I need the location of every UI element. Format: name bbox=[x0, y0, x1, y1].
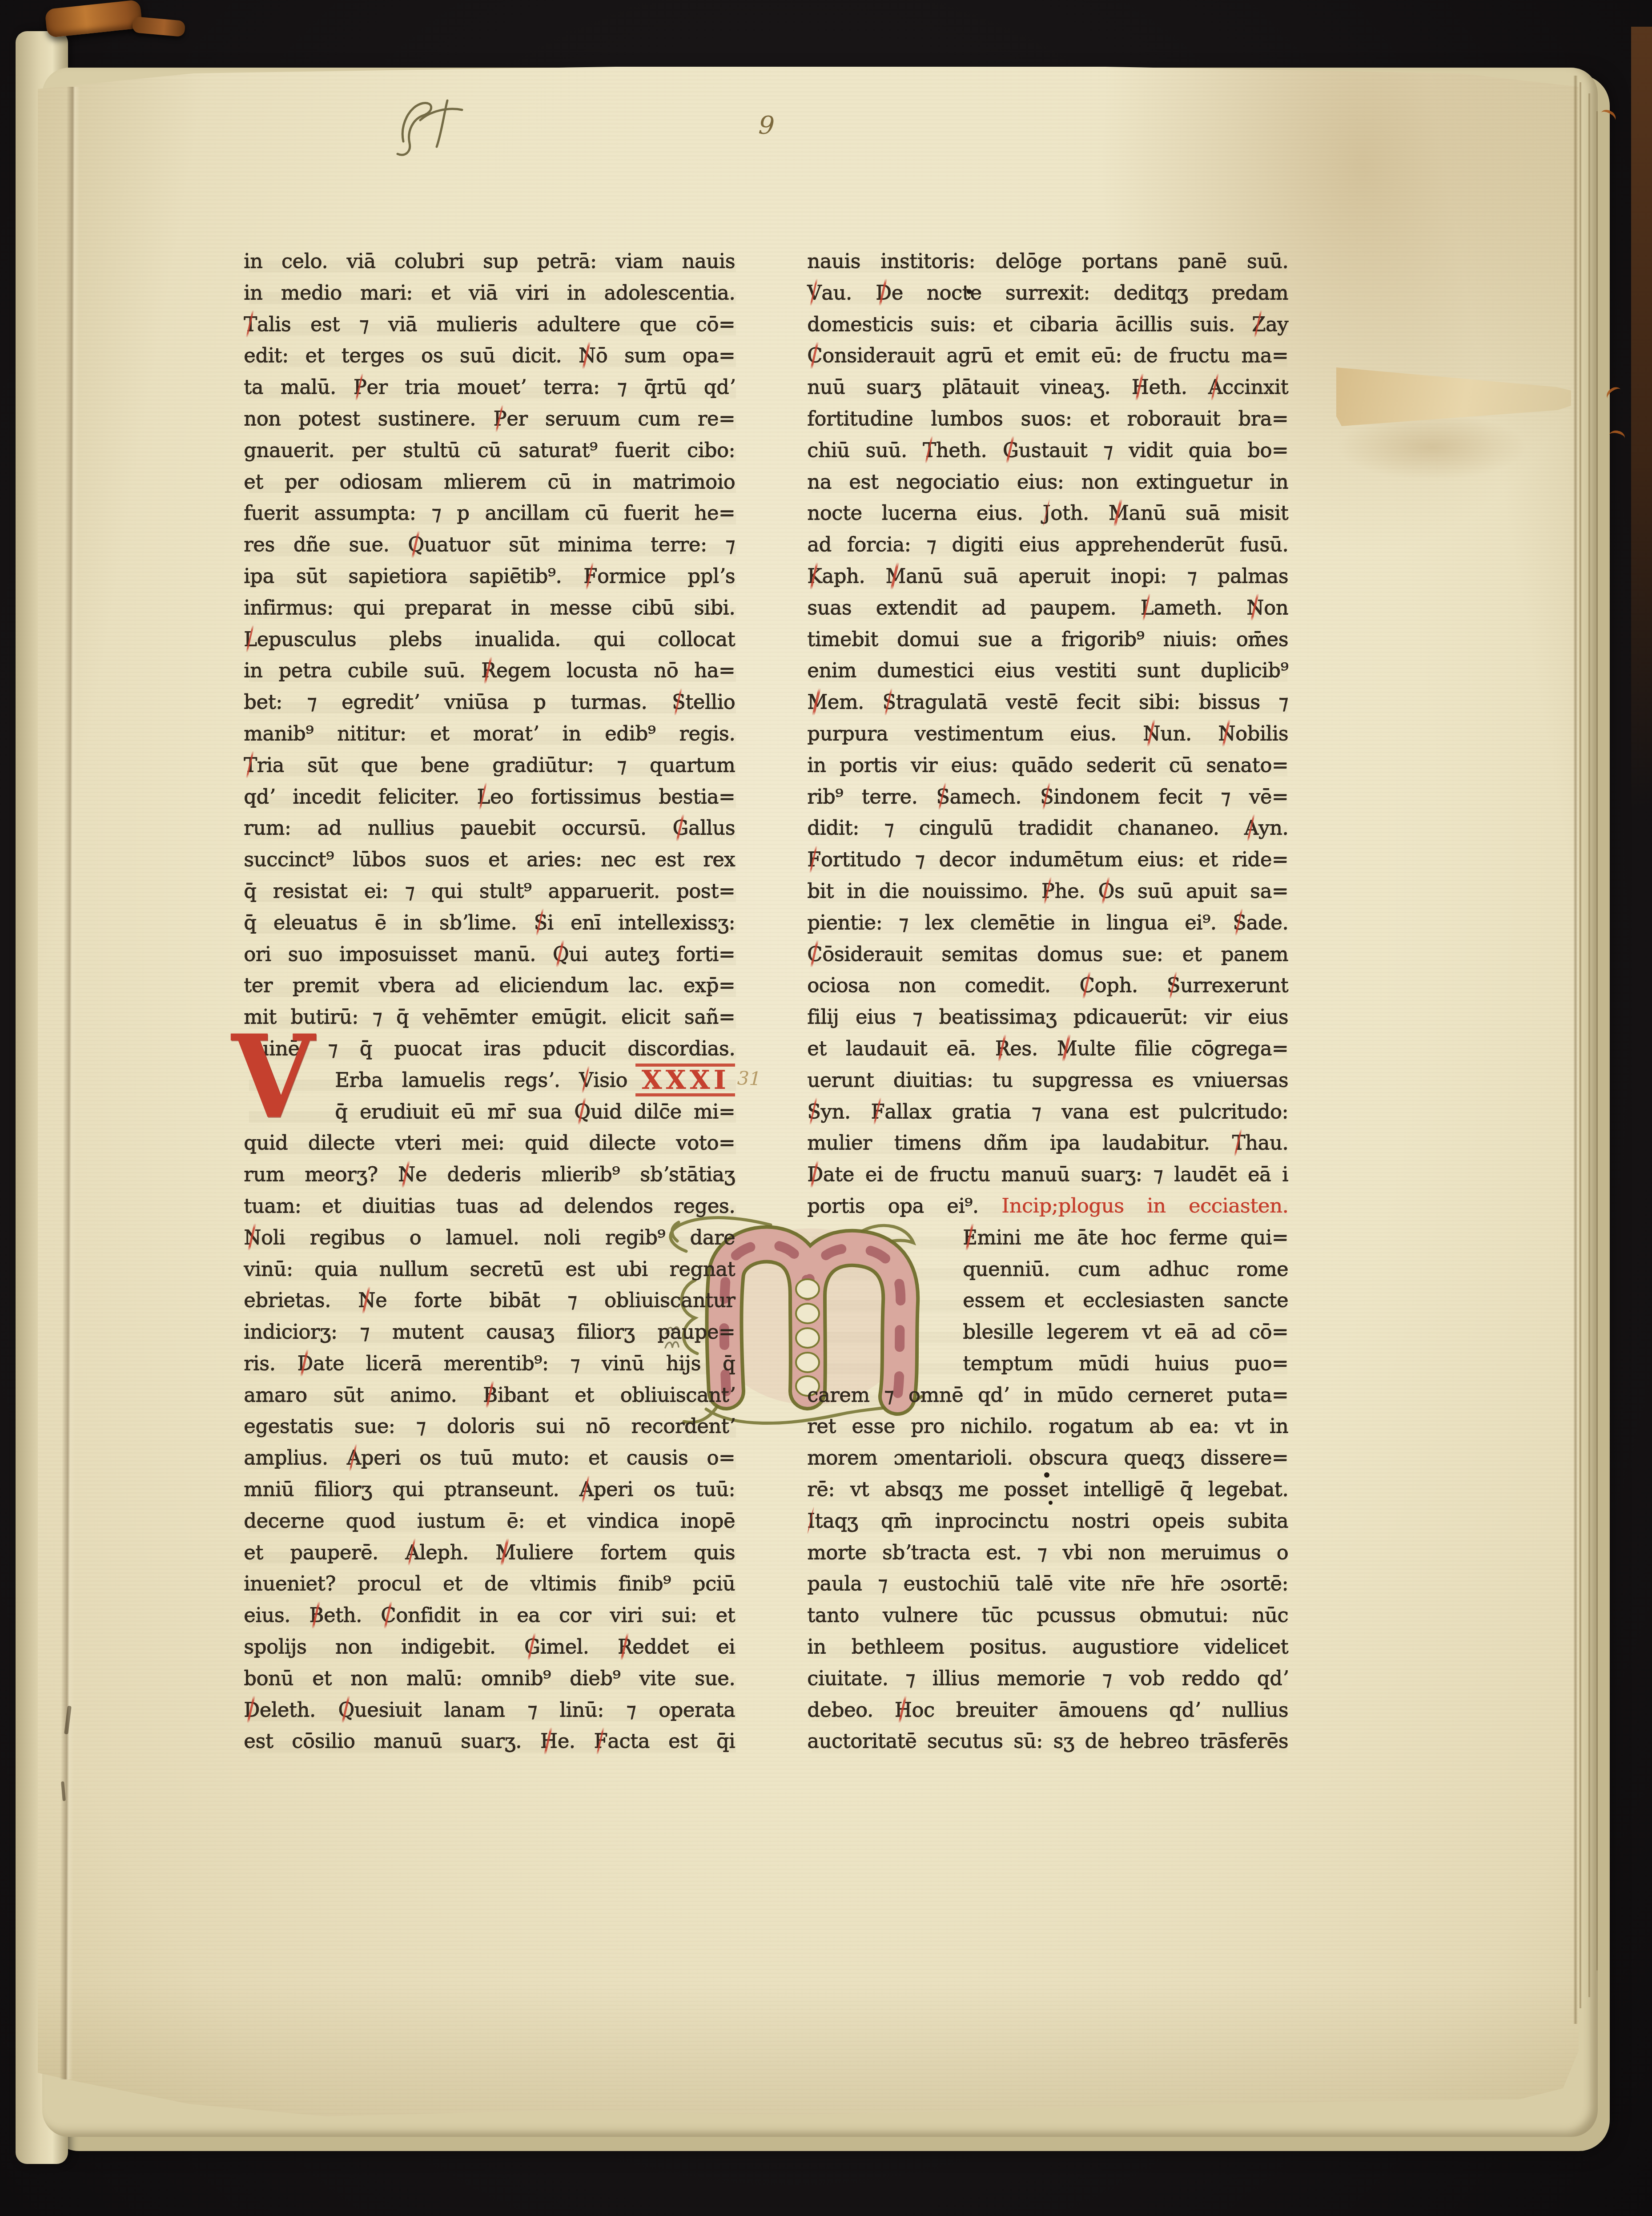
text-line: Emini me āte hoc ferme qui= bbox=[807, 1222, 1288, 1253]
text-line: ret esse pro nichilo. rogatum ab ea: vt … bbox=[807, 1410, 1288, 1442]
binding-cover-edge bbox=[1631, 27, 1652, 810]
text-line: essem et ecclesiasten sancte bbox=[807, 1285, 1288, 1316]
rubricated-capital: S bbox=[672, 686, 685, 718]
manuscript-photo: 9 31 bbox=[0, 0, 1652, 2216]
rubricated-capital: L bbox=[477, 781, 490, 813]
rubricated-capital: G bbox=[1003, 435, 1018, 466]
text-line: fortitudine lumbos suos: et roborauit br… bbox=[807, 403, 1288, 435]
line-text: timebit domui sue a frigorib⁹ niuis: om̄… bbox=[807, 624, 1288, 655]
line-text: Kaph. Manū suā aperuit inopi: ⁊ palmas bbox=[807, 560, 1288, 592]
rubricated-capital: N bbox=[398, 1159, 415, 1190]
rubricated-capital: Q bbox=[338, 1694, 354, 1726]
text-line: morem ɔmentarioli. obscura queqʒ dissere… bbox=[807, 1442, 1288, 1474]
rubricated-capital: S bbox=[882, 686, 896, 718]
handwritten-inscription bbox=[380, 93, 476, 162]
line-text: in petra cubile suū. Regem locusta nō ha… bbox=[244, 655, 735, 686]
line-text: bonū et non malū: omnib⁹ dieb⁹ vite sue. bbox=[244, 1663, 735, 1694]
line-text: Syn. Fallax gratia ⁊ vana est pulcritudo… bbox=[807, 1096, 1288, 1128]
text-line: bet: ⁊ egreditʼ vniūsa p turmas. Stellio bbox=[244, 686, 735, 718]
rubricated-capital: S bbox=[1040, 781, 1053, 813]
line-text: rib⁹ terre. Samech. Sindonem fecit ⁊ vē= bbox=[807, 781, 1288, 813]
text-line: paula ⁊ eustochiū talē vite nr̄e hr̄e ɔs… bbox=[807, 1568, 1288, 1600]
text-line: auctoritatē secutus sū: sʒ de hebreo trā… bbox=[807, 1725, 1288, 1757]
rubricated-capital: P bbox=[493, 403, 506, 435]
line-text: et per odiosam mlierem cū in matrimoio bbox=[244, 466, 735, 498]
text-line: qdʼ incedit feliciter. Leo fortissimus b… bbox=[244, 781, 735, 813]
initial-m-letter: M bbox=[0, 0, 0, 0]
text-line: Lepusculus plebs inualida. qui collocat bbox=[244, 624, 735, 655]
rubricated-capital: T bbox=[244, 749, 257, 781]
line-text: et laudauit eā. Res. Multe filie cōgrega… bbox=[807, 1033, 1288, 1064]
line-text: non potest sustinere. Per seruum cum re= bbox=[244, 403, 735, 435]
rubricated-capital: C bbox=[381, 1600, 396, 1631]
text-line: in portis vir eius: quādo sederit cū sen… bbox=[807, 749, 1288, 781]
text-line: indiciorʒ: ⁊ mutent causaʒ filiorʒ paupe… bbox=[244, 1316, 735, 1348]
text-line: spolijs non indigebit. Gimel. Reddet ei bbox=[244, 1631, 735, 1663]
text-line: tuam: et diuitias tuas ad delendos reges… bbox=[244, 1190, 735, 1222]
line-text: ociosa non comedit. Coph. Surrexerunt bbox=[807, 970, 1288, 1001]
line-text: succinct⁹ lūbos suos et aries: nec est r… bbox=[244, 844, 735, 875]
line-text: Talis est ⁊ viā mulieris adultere que cō… bbox=[244, 309, 735, 340]
line-text: manib⁹ nititur: et moratʼ in edib⁹ regis… bbox=[244, 718, 735, 749]
line-text: filij eius ⁊ beatissimaʒ pdicauerūt: vir… bbox=[807, 1001, 1288, 1033]
rubricated-capital: S bbox=[807, 1096, 820, 1128]
text-line: debeo. Hoc breuiter āmouens qdʼ nullius bbox=[807, 1694, 1288, 1726]
rubricated-capital: M bbox=[495, 1537, 516, 1568]
line-text: res dñe sue. Quatuor sūt minima terre: ⁊ bbox=[244, 529, 735, 560]
red-incipit: Incip;plogus in ecciasten. bbox=[1001, 1194, 1288, 1217]
rubricated-capital: N bbox=[1143, 718, 1160, 749]
text-line: Cōsiderauit semitas domus sue: et panem bbox=[807, 939, 1288, 970]
line-text: Date ei de fructu manuū suarʒ: ⁊ laudēt … bbox=[807, 1159, 1288, 1190]
line-text: Cōsiderauit semitas domus sue: et panem bbox=[807, 939, 1288, 970]
line-text: tanto vulnere tūc pcussus obmutui: nūc bbox=[807, 1600, 1288, 1631]
rubricated-capital: A bbox=[347, 1442, 361, 1474]
text-line: fuerit assumpta: ⁊ p ancillam cū fuerit … bbox=[244, 497, 735, 529]
text-line: Considerauit agrū et emit eū: de fructu … bbox=[807, 340, 1288, 371]
rubricated-capital: Q bbox=[574, 1096, 590, 1128]
rubricated-capital: S bbox=[534, 907, 547, 939]
text-line: nocte lucerna eius. Joth. Manū suā misit bbox=[807, 497, 1288, 529]
line-text: Considerauit agrū et emit eū: de fructu … bbox=[807, 340, 1288, 371]
text-line: Talis est ⁊ viā mulieris adultere que cō… bbox=[244, 309, 735, 340]
text-line: in bethleem positus. augustiore videlice… bbox=[807, 1631, 1288, 1663]
line-text: blesille legerem vt eā ad cō= bbox=[963, 1316, 1288, 1348]
rubricated-capital: C bbox=[807, 939, 822, 970]
line-text: indiciorʒ: ⁊ mutent causaʒ filiorʒ paupe… bbox=[244, 1316, 735, 1348]
rubricated-capital: D bbox=[876, 277, 892, 309]
line-text: ter premit vbera ad eliciendum lac. exp̄… bbox=[244, 970, 735, 1001]
rubricated-capital: S bbox=[1166, 970, 1180, 1001]
rubricated-capital: T bbox=[1232, 1127, 1245, 1159]
rubricated-capital: M bbox=[885, 560, 906, 592]
leather-curl bbox=[1608, 429, 1626, 445]
rubricated-capital: T bbox=[244, 309, 257, 340]
rubricated-capital: Q bbox=[408, 529, 424, 560]
text-line: mulier timens dñm ipa laudabitur. Thau. bbox=[807, 1127, 1288, 1159]
line-text: paula ⁊ eustochiū talē vite nr̄e hr̄e ɔs… bbox=[807, 1568, 1288, 1600]
line-text: rē: vt absqʒ me posset intelligē q̄ lege… bbox=[807, 1474, 1288, 1505]
text-line: amplius. Aperi os tuū muto: et causis o= bbox=[244, 1442, 735, 1474]
rubricated-capital: G bbox=[524, 1631, 540, 1663]
rubricated-capital: A bbox=[405, 1537, 419, 1568]
rubricated-capital: E bbox=[963, 1222, 977, 1253]
line-text: purpura vestimentum eius. Nun. Nobilis bbox=[807, 718, 1288, 749]
text-line: Deleth. Quesiuit lanam ⁊ linū: ⁊ operata bbox=[244, 1694, 735, 1726]
text-line: uerunt diuitias: tu supgressa es vniuers… bbox=[807, 1064, 1288, 1096]
line-text: in bethleem positus. augustiore videlice… bbox=[807, 1631, 1288, 1663]
line-text: eius. Beth. Confidit in ea cor viri sui:… bbox=[244, 1600, 735, 1631]
text-line: Date ei de fructu manuū suarʒ: ⁊ laudēt … bbox=[807, 1159, 1288, 1190]
text-line: eius. Beth. Confidit in ea cor viri sui:… bbox=[244, 1600, 735, 1631]
text-line: in medio mari: et viā viri in adolescent… bbox=[244, 277, 735, 309]
rubricated-capital: H bbox=[540, 1725, 558, 1757]
line-text: Mem. Stragulatā vestē fecit sibi: bissus… bbox=[807, 686, 1288, 718]
leather-headband-fragment bbox=[44, 0, 143, 38]
text-line: edit: et terges os suū dicit. Nō sum opa… bbox=[244, 340, 735, 371]
rubricated-capital: I bbox=[807, 1505, 815, 1537]
rubricated-capital: V bbox=[807, 277, 821, 309]
rubricated-capital: M bbox=[1109, 497, 1129, 529]
line-text: domesticis suis: et cibaria ācillis suis… bbox=[807, 309, 1288, 340]
rubricated-capital: J bbox=[1043, 497, 1051, 529]
rubricated-capital: H bbox=[1132, 371, 1149, 403]
line-text: chiū suū. Theth. Gustauit ⁊ vidit quia b… bbox=[807, 435, 1288, 466]
line-text: infirmus: qui preparat in messe cibū sib… bbox=[244, 592, 735, 624]
line-text: q̄ resistat ei: ⁊ qui stult⁹ apparuerit.… bbox=[244, 875, 735, 907]
line-text: enim dumestici eius vestiti sunt duplici… bbox=[807, 655, 1288, 686]
rubricated-capital: P bbox=[353, 371, 366, 403]
rubricated-capital: Q bbox=[553, 939, 569, 970]
line-text: spolijs non indigebit. Gimel. Reddet ei bbox=[244, 1631, 735, 1663]
rubricated-capital: V bbox=[579, 1064, 593, 1096]
text-line: Tria sūt que bene gradiūtur: ⁊ quartum bbox=[244, 749, 735, 781]
text-line: est cōsilio manuū suarʒ. He. Facta est q… bbox=[244, 1725, 735, 1757]
line-text: carem ⁊ omnē qdʼ in mūdo cerneret puta= bbox=[807, 1379, 1288, 1411]
text-line: ta malū. Per tria mouetʼ terra: ⁊ q̄rtū … bbox=[244, 371, 735, 403]
rubricated-capital: D bbox=[244, 1694, 260, 1726]
line-text: didit: ⁊ cingulū tradidit chananeo. Ayn. bbox=[807, 812, 1288, 844]
text-line: chiū suū. Theth. Gustauit ⁊ vidit quia b… bbox=[807, 435, 1288, 466]
line-text: gnauerit. per stultū cū saturat⁹ fuerit … bbox=[244, 435, 735, 466]
text-line: ris. Date licerā merentib⁹: ⁊ vinū hijs … bbox=[244, 1348, 735, 1379]
fore-edge-leaf-line bbox=[1588, 93, 1590, 1997]
text-line: carem ⁊ omnē qdʼ in mūdo cerneret puta= bbox=[807, 1379, 1288, 1411]
line-text: bit in die nouissimo. Phe. Os suū apuit … bbox=[807, 875, 1288, 907]
rubricated-capital: O bbox=[1098, 875, 1114, 907]
text-line: didit: ⁊ cingulū tradidit chananeo. Ayn. bbox=[807, 812, 1288, 844]
rubricated-capital: D bbox=[807, 1159, 823, 1190]
line-text: debeo. Hoc breuiter āmouens qdʼ nullius bbox=[807, 1694, 1288, 1726]
line-text: Vau. De nocte surrexit: deditqʒ predam bbox=[807, 277, 1288, 309]
text-line: suas extendit ad paupem. Lameth. Non bbox=[807, 592, 1288, 624]
text-line: infirmus: qui preparat in messe cibū sib… bbox=[244, 592, 735, 624]
text-line: inueniet? procul et de vltimis finib⁹ pc… bbox=[244, 1568, 735, 1600]
text-line: et laudauit eā. Res. Multe filie cōgrega… bbox=[807, 1033, 1288, 1064]
line-text: quenniū. cum adhuc rome bbox=[963, 1253, 1288, 1285]
folio-number: 9 bbox=[758, 111, 775, 141]
rubricated-capital: K bbox=[807, 560, 822, 592]
line-text: tuam: et diuitias tuas ad delendos reges… bbox=[244, 1190, 735, 1222]
line-text: in medio mari: et viā viri in adolescent… bbox=[244, 277, 735, 309]
line-text: mniū filiorʒ qui ptranseunt. Aperi os tu… bbox=[244, 1474, 735, 1505]
rubricated-capital: L bbox=[244, 624, 257, 655]
line-text: Deleth. Quesiuit lanam ⁊ linū: ⁊ operata bbox=[244, 1694, 735, 1726]
line-text: pientie: ⁊ lex clemētie in lingua ei⁹. S… bbox=[807, 907, 1288, 939]
line-text: decerne quod iustum ē: et vindica inopē bbox=[244, 1505, 735, 1537]
line-text: ciuitate. ⁊ illius memorie ⁊ vob reddo q… bbox=[807, 1663, 1288, 1694]
line-text: Emini me āte hoc ferme qui= bbox=[963, 1222, 1288, 1253]
line-text: nuū suarʒ plātauit vineaʒ. Heth. Accinxi… bbox=[807, 371, 1288, 403]
text-line: gnauerit. per stultū cū saturat⁹ fuerit … bbox=[244, 435, 735, 466]
line-text: ta malū. Per tria mouetʼ terra: ⁊ q̄rtū … bbox=[244, 371, 735, 403]
line-text: ad forcia: ⁊ digiti eius apprehenderūt f… bbox=[807, 529, 1288, 560]
rubricated-capital: N bbox=[579, 340, 596, 371]
text-line: tanto vulnere tūc pcussus obmutui: nūc bbox=[807, 1600, 1288, 1631]
rubricated-capital: C bbox=[1079, 970, 1094, 1001]
rubricated-capital: F bbox=[583, 560, 597, 592]
text-line: Syn. Fallax gratia ⁊ vana est pulcritudo… bbox=[807, 1096, 1288, 1128]
text-line: in petra cubile suū. Regem locusta nō ha… bbox=[244, 655, 735, 686]
line-text: ipa sūt sapietiora sapiētib⁹. Formice pp… bbox=[244, 560, 735, 592]
line-text: edit: et terges os suū dicit. Nō sum opa… bbox=[244, 340, 735, 371]
text-line: ter premit vbera ad eliciendum lac. exp̄… bbox=[244, 970, 735, 1001]
text-line: ori suo imposuisset manū. Qui auteʒ fort… bbox=[244, 939, 735, 970]
line-text: rum meorʒ? Ne dederis mlierib⁹ sbʼstātia… bbox=[244, 1159, 735, 1190]
rubricated-capital: N bbox=[358, 1285, 375, 1316]
line-text: auctoritatē secutus sū: sʒ de hebreo trā… bbox=[807, 1725, 1288, 1757]
line-text: amaro sūt animo. Bibant et obliuiscantʼ bbox=[244, 1379, 735, 1411]
text-line: ipa sūt sapietiora sapiētib⁹. Formice pp… bbox=[244, 560, 735, 592]
lombard-initial-v: V bbox=[224, 1015, 322, 1148]
line-text: Tria sūt que bene gradiūtur: ⁊ quartum bbox=[244, 749, 735, 781]
text-line: vinū: quia nullum secretū est ubi regnat bbox=[244, 1253, 735, 1285]
line-text: uerunt diuitias: tu supgressa es vniuers… bbox=[807, 1064, 1288, 1096]
line-text: ris. Date licerā merentib⁹: ⁊ vinū hijs … bbox=[244, 1348, 735, 1379]
text-line: Noli regibus o lamuel. noli regib⁹ dare bbox=[244, 1222, 735, 1253]
text-line: egestatis sue: ⁊ doloris sui nō recorden… bbox=[244, 1410, 735, 1442]
text-line: blesille legerem vt eā ad cō= bbox=[807, 1316, 1288, 1348]
line-text: portis opa ei⁹. Incip;plogus in ecciaste… bbox=[807, 1190, 1288, 1222]
line-text: Itaqʒ qm̄ inprocinctu nostri opeis subit… bbox=[807, 1505, 1288, 1537]
rubricated-capital: S bbox=[1233, 907, 1246, 939]
text-column-right: nauis institoris: delōge portans panē su… bbox=[807, 246, 1288, 1757]
text-line: morte sbʼtracta est. ⁊ vbi non meruimus … bbox=[807, 1537, 1288, 1568]
rubricated-capital: N bbox=[1246, 592, 1264, 624]
text-line: res dñe sue. Quatuor sūt minima terre: ⁊ bbox=[244, 529, 735, 560]
text-line: et per odiosam mlierem cū in matrimoio bbox=[244, 466, 735, 498]
line-text: in portis vir eius: quādo sederit cū sen… bbox=[807, 749, 1288, 781]
rubricated-capital: A bbox=[579, 1474, 593, 1505]
line-text: Fortitudo ⁊ decor indumētum eius: et rid… bbox=[807, 844, 1288, 875]
line-text: nocte lucerna eius. Joth. Manū suā misit bbox=[807, 497, 1288, 529]
line-text: morem ɔmentarioli. obscura queqʒ dissere… bbox=[807, 1442, 1288, 1474]
rubricated-capital: F bbox=[594, 1725, 607, 1757]
text-line: quenniū. cum adhuc rome bbox=[807, 1253, 1288, 1285]
line-text: nauis institoris: delōge portans panē su… bbox=[807, 246, 1288, 277]
line-text: temptum mūdi huius puo= bbox=[963, 1348, 1288, 1379]
text-line: portis opa ei⁹. Incip;plogus in ecciaste… bbox=[807, 1190, 1288, 1222]
text-line: pientie: ⁊ lex clemētie in lingua ei⁹. S… bbox=[807, 907, 1288, 939]
rubricated-capital: M bbox=[1057, 1033, 1077, 1064]
rubricated-capital: F bbox=[871, 1096, 884, 1128]
text-line: enim dumestici eius vestiti sunt duplici… bbox=[807, 655, 1288, 686]
text-line: ociosa non comedit. Coph. Surrexerunt bbox=[807, 970, 1288, 1001]
line-text: Noli regibus o lamuel. noli regib⁹ dare bbox=[244, 1222, 735, 1253]
rubricated-capital: R bbox=[481, 655, 496, 686]
text-line: in celo. viā colubri sup petrā: viam nau… bbox=[244, 246, 735, 277]
text-line: ciuitate. ⁊ illius memorie ⁊ vob reddo q… bbox=[807, 1663, 1288, 1694]
text-line: nuū suarʒ plātauit vineaʒ. Heth. Accinxi… bbox=[807, 371, 1288, 403]
line-text: ebrietas. Ne forte bibāt ⁊ obliuiscantur bbox=[244, 1285, 735, 1316]
rubricated-capital: T bbox=[923, 435, 936, 466]
rubricated-capital: Z bbox=[1252, 309, 1266, 340]
leather-fragment bbox=[132, 16, 186, 37]
text-line: Kaph. Manū suā aperuit inopi: ⁊ palmas bbox=[807, 560, 1288, 592]
rubricated-capital: P bbox=[1041, 875, 1055, 907]
text-line: nauis institoris: delōge portans panē su… bbox=[807, 246, 1288, 277]
rubricated-capital: B bbox=[309, 1600, 324, 1631]
rubricated-capital: R bbox=[995, 1033, 1010, 1064]
text-line: temptum mūdi huius puo= bbox=[807, 1348, 1288, 1379]
text-line: q̄ eleuatus ē in sbʼlime. Si enī intelle… bbox=[244, 907, 735, 939]
line-text: amplius. Aperi os tuū muto: et causis o= bbox=[244, 1442, 735, 1474]
text-line: Vau. De nocte surrexit: deditqʒ predam bbox=[807, 277, 1288, 309]
line-text: essem et ecclesiasten sancte bbox=[963, 1285, 1288, 1316]
text-line: bonū et non malū: omnib⁹ dieb⁹ vite sue. bbox=[244, 1663, 735, 1694]
line-text: ret esse pro nichilo. rogatum ab ea: vt … bbox=[807, 1410, 1288, 1442]
line-text: ori suo imposuisset manū. Qui auteʒ fort… bbox=[244, 939, 735, 970]
text-line: decerne quod iustum ē: et vindica inopē bbox=[244, 1505, 735, 1537]
text-line: mniū filiorʒ qui ptranseunt. Aperi os tu… bbox=[244, 1474, 735, 1505]
text-column-left: in celo. viā colubri sup petrā: viam nau… bbox=[244, 246, 735, 1757]
rubricated-capital: A bbox=[1244, 812, 1258, 844]
fore-edge-leaf-line bbox=[1596, 111, 1598, 1970]
line-text: inueniet? procul et de vltimis finib⁹ pc… bbox=[244, 1568, 735, 1600]
line-text: q̄ erudiuit eū mr̄ sua Quid dilc̄e mi= bbox=[335, 1096, 735, 1128]
text-line: bit in die nouissimo. Phe. Os suū apuit … bbox=[807, 875, 1288, 907]
line-text: suas extendit ad paupem. Lameth. Non bbox=[807, 592, 1288, 624]
line-text: bet: ⁊ egreditʼ vniūsa p turmas. Stellio bbox=[244, 686, 735, 718]
line-text: egestatis sue: ⁊ doloris sui nō recorden… bbox=[244, 1410, 735, 1442]
rubricated-capital: F bbox=[807, 844, 821, 875]
rubricated-capital: S bbox=[936, 781, 949, 813]
rubricated-capital: R bbox=[618, 1631, 632, 1663]
text-line: Mem. Stragulatā vestē fecit sibi: bissus… bbox=[807, 686, 1288, 718]
rubricated-capital: G bbox=[672, 812, 688, 844]
margin-chapter-note: 31 bbox=[737, 1067, 761, 1090]
line-text: rum: ad nullius pauebit occursū. Gallus bbox=[244, 812, 735, 844]
text-line: na est negociatio eius: non extinguetur … bbox=[807, 466, 1288, 498]
text-line: et pauperē. Aleph. Muliere fortem quis bbox=[244, 1537, 735, 1568]
text-line: filij eius ⁊ beatissimaʒ pdicauerūt: vir… bbox=[807, 1001, 1288, 1033]
text-line: rē: vt absqʒ me posset intelligē q̄ lege… bbox=[807, 1474, 1288, 1505]
line-text: na est negociatio eius: non extinguetur … bbox=[807, 466, 1288, 498]
line-text: mulier timens dñm ipa laudabitur. Thau. bbox=[807, 1127, 1288, 1159]
rubricated-capital: M bbox=[807, 686, 828, 718]
line-text: est cōsilio manuū suarʒ. He. Facta est q… bbox=[244, 1725, 735, 1757]
chapter-number: XXXI bbox=[635, 1064, 735, 1096]
rubricated-capital: D bbox=[297, 1348, 313, 1379]
text-line: rum meorʒ? Ne dederis mlierib⁹ sbʼstātia… bbox=[244, 1159, 735, 1190]
rubricated-capital: H bbox=[894, 1694, 912, 1726]
line-text: q̄ eleuatus ē in sbʼlime. Si enī intelle… bbox=[244, 907, 735, 939]
text-line: timebit domui sue a frigorib⁹ niuis: om̄… bbox=[807, 624, 1288, 655]
line-text: qdʼ incedit feliciter. Leo fortissimus b… bbox=[244, 781, 735, 813]
fore-edge-leaf-line bbox=[1580, 82, 1581, 2008]
text-line: purpura vestimentum eius. Nun. Nobilis bbox=[807, 718, 1288, 749]
rubricated-capital: C bbox=[807, 340, 822, 371]
fore-edge-line bbox=[1573, 76, 1578, 2024]
rubricated-capital: A bbox=[1208, 371, 1222, 403]
line-text: fortitudine lumbos suos: et roborauit br… bbox=[807, 403, 1288, 435]
rubricated-capital: N bbox=[244, 1222, 261, 1253]
text-line: manib⁹ nititur: et moratʼ in edib⁹ regis… bbox=[244, 718, 735, 749]
text-line: domesticis suis: et cibaria ācillis suis… bbox=[807, 309, 1288, 340]
line-text: morte sbʼtracta est. ⁊ vbi non meruimus … bbox=[807, 1537, 1288, 1568]
text-line: succinct⁹ lūbos suos et aries: nec est r… bbox=[244, 844, 735, 875]
text-line: non potest sustinere. Per seruum cum re= bbox=[244, 403, 735, 435]
line-text: in celo. viā colubri sup petrā: viam nau… bbox=[244, 246, 735, 277]
text-line: Itaqʒ qm̄ inprocinctu nostri opeis subit… bbox=[807, 1505, 1288, 1537]
line-text: Erba lamuelis regsʼ. Visio bbox=[335, 1064, 635, 1096]
text-line: q̄ resistat ei: ⁊ qui stult⁹ apparuerit.… bbox=[244, 875, 735, 907]
line-text: et pauperē. Aleph. Muliere fortem quis bbox=[244, 1537, 735, 1568]
rubricated-capital: N bbox=[1218, 718, 1235, 749]
line-text: vinū: quia nullum secretū est ubi regnat bbox=[244, 1253, 735, 1285]
line-text: Lepusculus plebs inualida. qui collocat bbox=[244, 624, 735, 655]
line-text: fuerit assumpta: ⁊ p ancillam cū fuerit … bbox=[244, 497, 735, 529]
text-line: rib⁹ terre. Samech. Sindonem fecit ⁊ vē= bbox=[807, 781, 1288, 813]
rubricated-capital: B bbox=[483, 1379, 498, 1411]
text-line: ad forcia: ⁊ digiti eius apprehenderūt f… bbox=[807, 529, 1288, 560]
rubricated-capital: L bbox=[1141, 592, 1154, 624]
text-line: Fortitudo ⁊ decor indumētum eius: et rid… bbox=[807, 844, 1288, 875]
text-line: amaro sūt animo. Bibant et obliuiscantʼ bbox=[244, 1379, 735, 1411]
text-line: ebrietas. Ne forte bibāt ⁊ obliuiscantur bbox=[244, 1285, 735, 1316]
text-line: rum: ad nullius pauebit occursū. Gallus bbox=[244, 812, 735, 844]
